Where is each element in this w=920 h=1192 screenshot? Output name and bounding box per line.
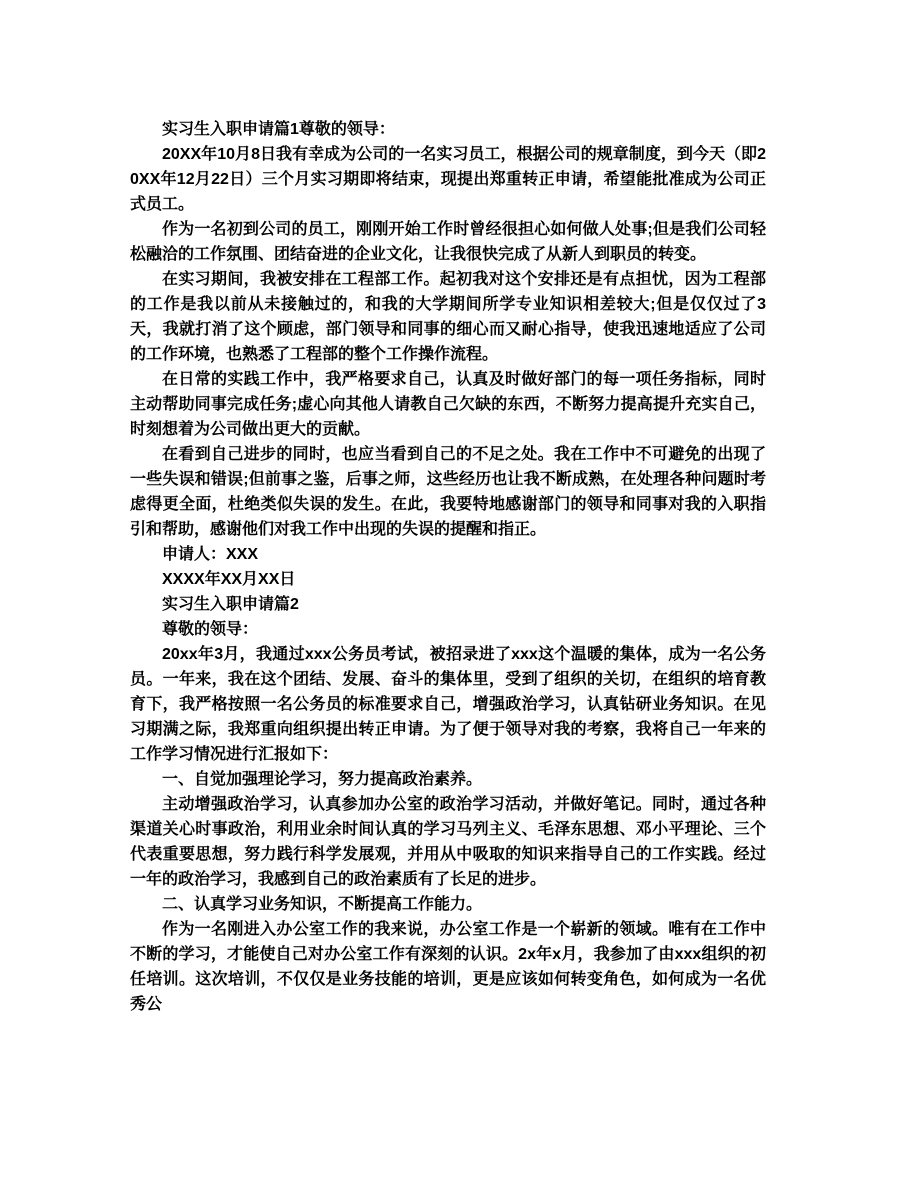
section2-salutation: 尊敬的领导： <box>130 617 766 642</box>
section1-para-opening: 20XX年10月8日我有幸成为公司的一名实习员工，根据公司的规章制度，到今天（即… <box>130 142 766 217</box>
section1-para-daily-work: 在日常的实践工作中，我严格要求自己，认真及时做好部门的每一项任务指标，同时主动帮… <box>130 367 766 442</box>
section2-para-opening: 20xx年3月，我通过xxx公务员考试，被招录进了xxx这个温暖的集体，成为一名… <box>130 642 766 767</box>
section1-signature-date: XXXX年XX月XX日 <box>130 567 766 592</box>
document-body: 实习生入职申请篇1尊敬的领导： 20XX年10月8日我有幸成为公司的一名实习员工… <box>130 117 766 1017</box>
section1-signature-applicant: 申请人：XXX <box>130 542 766 567</box>
section2-point2-heading: 二、认真学习业务知识，不断提高工作能力。 <box>130 892 766 917</box>
section2-point1-heading: 一、自觉加强理论学习，努力提高政治素养。 <box>130 767 766 792</box>
section2-heading: 实习生入职申请篇2 <box>130 592 766 617</box>
section2-point2-body: 作为一名刚进入办公室工作的我来说，办公室工作是一个崭新的领域。唯有在工作中不断的… <box>130 917 766 1017</box>
section1-para-engineering: 在实习期间，我被安排在工程部工作。起初我对这个安排还是有点担忧，因为工程部的工作… <box>130 267 766 367</box>
section2-point1-body: 主动增强政治学习，认真参加办公室的政治学习活动，并做好笔记。同时，通过各种渠道关… <box>130 792 766 892</box>
section1-para-adaptation: 作为一名初到公司的员工，刚刚开始工作时曾经很担心如何做人处事;但是我们公司轻松融… <box>130 217 766 267</box>
document-page: 实习生入职申请篇1尊敬的领导： 20XX年10月8日我有幸成为公司的一名实习员工… <box>0 0 920 1192</box>
section1-heading: 实习生入职申请篇1尊敬的领导： <box>130 117 766 142</box>
section1-para-shortcomings: 在看到自己进步的同时，也应当看到自己的不足之处。我在工作中不可避免的出现了一些失… <box>130 442 766 542</box>
